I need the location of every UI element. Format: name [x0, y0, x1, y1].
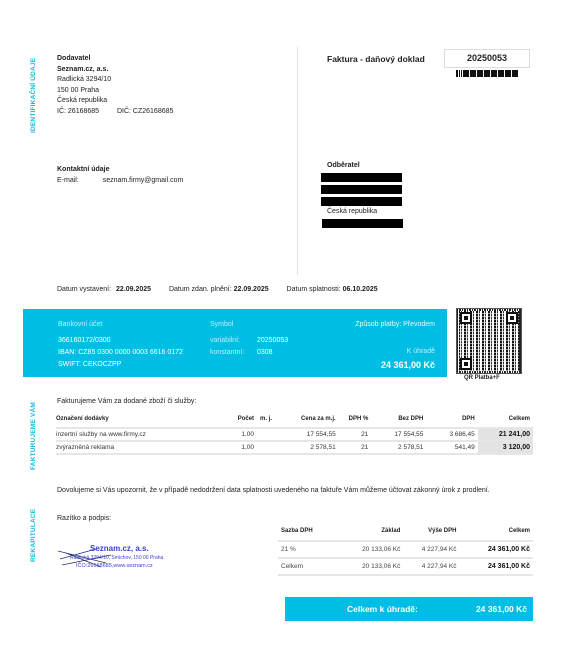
- ic-value: 26168685: [68, 108, 99, 115]
- grand-total-bar: Celkem k úhradě: 24 361,00 Kč: [285, 597, 533, 621]
- email-value[interactable]: seznam.firmy@gmail.com: [103, 177, 184, 184]
- variable-symbol: 20250053: [257, 337, 288, 344]
- col-name: Označení dodávky: [56, 413, 217, 428]
- amount-due-label: K úhradě: [407, 348, 435, 355]
- item-name: inzertní služby na www.firmy.cz: [56, 428, 217, 441]
- contact-block: Kontaktní údaje E-mail: seznam.firmy@gma…: [57, 165, 183, 186]
- stamp-label: Razítko a podpis:: [57, 515, 111, 522]
- item-net: 17 554,55: [371, 428, 426, 441]
- variable-label: variabilní:: [210, 337, 240, 344]
- item-vat-pct: 21: [339, 441, 372, 454]
- recap-col-total: Celkem: [459, 525, 533, 541]
- section-label-invoicing: FAKTURUJEME VÁM: [30, 402, 37, 470]
- col-vat: DPH: [426, 413, 477, 428]
- issued-label: Datum vystavení:: [57, 286, 111, 293]
- redacted-customer-street: [321, 185, 402, 194]
- recap-rate: 21 %: [278, 541, 339, 558]
- recap-col-base: Základ: [339, 525, 404, 541]
- dic-label: DIČ:: [117, 108, 131, 115]
- late-payment-notice: Dovolujeme si Vás upozornit, že v případ…: [57, 487, 490, 494]
- redacted-customer-city: [321, 197, 402, 206]
- redacted-customer-name: [321, 173, 402, 182]
- recap-table: Sazba DPH Základ Výše DPH Celkem 21 %20 …: [278, 525, 533, 576]
- col-net: Bez DPH: [371, 413, 426, 428]
- grand-total-label: Celkem k úhradě:: [347, 604, 418, 614]
- item-name: zvýrazněná reklama: [56, 441, 217, 454]
- dates-row: Datum vystavení: 22.09.2025 Datum zdan. …: [57, 286, 378, 293]
- symbol-label: Symbol: [210, 321, 233, 328]
- item-vat: 541,49: [426, 441, 477, 454]
- section-label-recap: REKAPITULACE: [30, 509, 37, 562]
- qr-code-icon: [456, 308, 522, 374]
- stamp-ico: IČO:26168685,www.seznam.cz: [76, 563, 153, 569]
- recap-total: 24 361,00 Kč: [459, 558, 533, 575]
- stamp-address: Radlická 3294/10, Smíchov, 150 00 Praha: [70, 555, 163, 561]
- stamp-company: Seznam.cz, a.s.: [90, 544, 149, 553]
- barcode-icon: [456, 70, 518, 77]
- items-table: Označení dodávky Počet m. j. Cena za m.j…: [56, 413, 533, 455]
- item-vat-pct: 21: [339, 428, 372, 441]
- table-row: inzertní služby na www.firmy.cz1,0017 55…: [56, 428, 533, 441]
- amount-due: 24 361,00 Kč: [381, 360, 435, 370]
- vertical-divider: [297, 47, 298, 275]
- issued-date: 22.09.2025: [116, 286, 151, 293]
- taxable-label: Datum zdan. plnění:: [169, 286, 232, 293]
- document-title: Faktura - daňový doklad: [327, 54, 425, 64]
- section-label-identification: IDENTIFIKAČNÍ ÚDAJE: [30, 58, 37, 133]
- col-qty: Počet: [217, 413, 257, 428]
- recap-base: 20 133,06 Kč: [339, 541, 404, 558]
- item-unit: [257, 441, 280, 454]
- supplier-name: Seznam.cz, a.s.: [57, 65, 173, 76]
- item-total: 21 241,00: [478, 428, 533, 441]
- recap-rate: Celkem: [278, 558, 339, 575]
- item-total: 3 120,00: [478, 441, 533, 454]
- invoice-number: 20250053: [444, 49, 530, 68]
- item-price: 17 554,55: [280, 428, 339, 441]
- due-label: Datum splatnosti:: [287, 286, 341, 293]
- ic-label: IČ:: [57, 108, 66, 115]
- items-intro: Fakturujeme Vám za dodané zboží či služb…: [57, 398, 196, 405]
- contact-heading: Kontaktní údaje: [57, 165, 183, 176]
- contact-email-row: E-mail: seznam.firmy@gmail.com: [57, 176, 183, 187]
- redacted-customer-ids: [322, 219, 403, 228]
- recap-vat: 4 227,94 Kč: [403, 558, 459, 575]
- recap-col-rate: Sazba DPH: [278, 525, 339, 541]
- col-vat-pct: DPH %: [339, 413, 372, 428]
- dic-value: CZ26168685: [133, 108, 173, 115]
- item-price: 2 578,51: [280, 441, 339, 454]
- supplier-city: 150 00 Praha: [57, 86, 173, 97]
- email-label: E-mail:: [57, 177, 79, 184]
- supplier-street: Radlická 3294/10: [57, 75, 173, 86]
- taxable-date: 22.09.2025: [234, 286, 269, 293]
- item-net: 2 578,51: [371, 441, 426, 454]
- customer-heading: Odběratel: [327, 162, 360, 169]
- constant-label: konstantní:: [210, 349, 244, 356]
- customer-country: Česká republika: [327, 208, 377, 215]
- recap-row: 21 %20 133,06 Kč4 227,94 Kč24 361,00 Kč: [278, 541, 533, 558]
- col-price: Cena za m.j.: [280, 413, 339, 428]
- col-total: Celkem: [478, 413, 533, 428]
- supplier-country: Česká republika: [57, 96, 173, 107]
- recap-col-vat: Výše DPH: [403, 525, 459, 541]
- recap-vat: 4 227,94 Kč: [403, 541, 459, 558]
- qr-label: QR Platba+F: [462, 375, 502, 381]
- table-row: zvýrazněná reklama1,002 578,51212 578,51…: [56, 441, 533, 454]
- items-header-row: Označení dodávky Počet m. j. Cena za m.j…: [56, 413, 533, 428]
- col-unit: m. j.: [257, 413, 280, 428]
- bank-label: Bankovní účet: [58, 321, 102, 328]
- recap-total: 24 361,00 Kč: [459, 541, 533, 558]
- recap-base: 20 133,06 Kč: [339, 558, 404, 575]
- recap-header-row: Sazba DPH Základ Výše DPH Celkem: [278, 525, 533, 541]
- payment-band: Bankovní účet 366160172/0300 IBAN: CZ85 …: [23, 309, 447, 377]
- constant-symbol: 0308: [257, 349, 273, 356]
- payment-method: Způsob platby: Převodem: [355, 321, 435, 328]
- supplier-ids: IČ: 26168685 DIČ: CZ26168685: [57, 107, 173, 118]
- iban: IBAN: CZ85 0300 0000 0003 6616 0172: [58, 349, 183, 356]
- item-vat: 3 686,45: [426, 428, 477, 441]
- item-qty: 1,00: [217, 428, 257, 441]
- due-date: 06.10.2025: [343, 286, 378, 293]
- item-qty: 1,00: [217, 441, 257, 454]
- grand-total-amount: 24 361,00 Kč: [476, 604, 527, 614]
- bank-account: 366160172/0300: [58, 337, 111, 344]
- item-unit: [257, 428, 280, 441]
- swift: SWIFT: CEKOCZPP: [58, 361, 121, 368]
- supplier-block: Dodavatel Seznam.cz, a.s. Radlická 3294/…: [57, 54, 173, 117]
- recap-row: Celkem20 133,06 Kč4 227,94 Kč24 361,00 K…: [278, 558, 533, 575]
- supplier-heading: Dodavatel: [57, 54, 173, 65]
